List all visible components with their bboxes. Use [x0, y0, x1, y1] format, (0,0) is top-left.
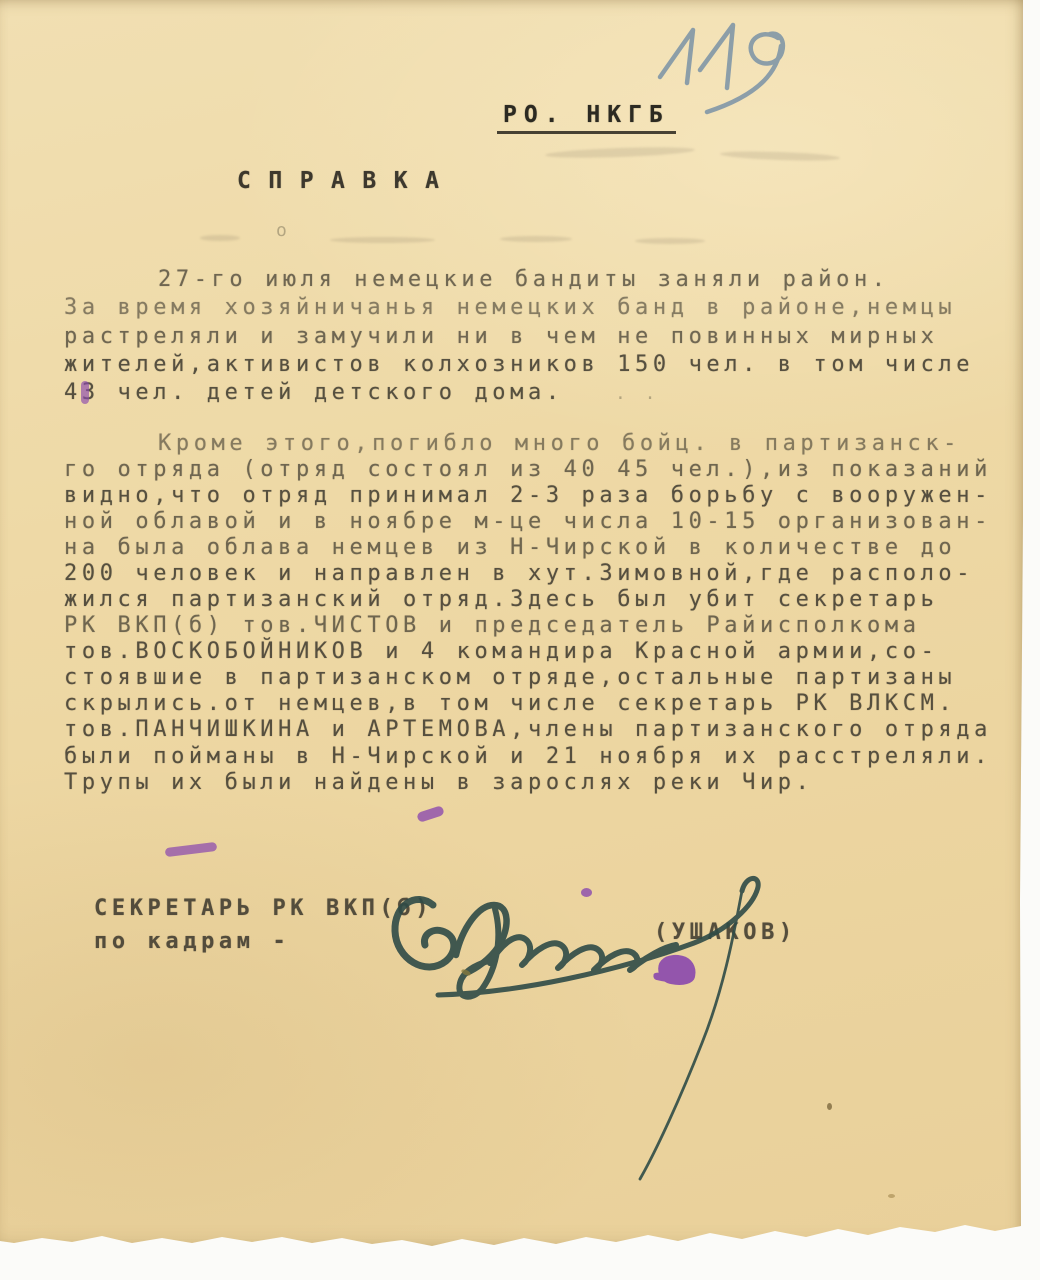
typed-line: растреляли и замучили ни в чем не повинн…	[64, 325, 938, 349]
scan-smudge	[200, 235, 240, 241]
scan-smudge	[635, 238, 705, 244]
paper-speck	[888, 1194, 895, 1198]
handwritten-page-number	[650, 10, 820, 125]
typed-line: жился партизанский отряд.Здесь был убит …	[64, 588, 938, 612]
page-title: СПРАВКА	[237, 168, 456, 194]
handwritten-signature	[378, 853, 830, 1198]
typed-line: видно,что отряд принимал 2-3 раза борьбу…	[64, 484, 992, 508]
typed-line: 27-го июля немецкие бандиты заняли район…	[158, 268, 890, 292]
scan-smudge	[330, 237, 435, 243]
typed-line: скрылись.от немцев,в том числе секретарь…	[64, 692, 956, 716]
paper-speck	[827, 1103, 832, 1110]
typed-line: 43 чел. детей детского дома.	[64, 381, 564, 405]
typed-line: Кроме этого,погибло много бойц. в партиз…	[158, 432, 961, 456]
typed-line: РК ВКП(б) тов.ЧИСТОВ и председатель Райи…	[64, 614, 921, 638]
scanned-document: { "doc": { "handwritten_page_number": "1…	[0, 0, 1040, 1280]
document-header: РО. НКГБ	[497, 102, 676, 134]
purple-ink-streak	[416, 805, 445, 823]
typed-line: тов.ПАНЧИШКИНА и АРТЕМОВА,члены партизан…	[64, 718, 992, 742]
purple-ink-mark	[81, 381, 89, 404]
typed-line: тов.ВОСКОБОЙНИКОВ и 4 командира Красной …	[64, 640, 938, 664]
scan-smudge	[545, 145, 695, 159]
typed-line: ной облавой и в ноябре м-це числа 10-15 …	[64, 510, 992, 534]
typed-line: стоявшие в партизанском отряде,остальные…	[64, 666, 956, 690]
typed-line: Трупы их были найдены в зарослях реки Чи…	[64, 771, 814, 795]
scan-smudge	[500, 236, 572, 242]
typed-line: жителей,активистов колхозников 150 чел. …	[64, 353, 974, 377]
ghost-dots: · ·	[615, 388, 660, 409]
typed-line: на была облава немцев из Н-Чирской в кол…	[64, 536, 956, 560]
document-page: РО. НКГБ СПРАВКА о · · 27-го июля немецк…	[0, 0, 1023, 1247]
typed-line: За время хозяйничанья немецких банд в ра…	[64, 296, 956, 320]
typed-line: го отряда (отряд состоял из 40 45 чел.),…	[64, 458, 992, 482]
signatory-role-line2: по кадрам -	[94, 930, 290, 954]
purple-ink-streak	[165, 842, 218, 857]
typed-line: 200 человек и направлен в хут.Зимовной,г…	[64, 562, 974, 586]
scan-smudge	[720, 150, 840, 162]
typed-line: были пойманы в Н-Чирской и 21 ноября их …	[64, 745, 992, 769]
ghost-letter: о	[276, 220, 291, 241]
purple-ink-dot	[581, 888, 592, 897]
